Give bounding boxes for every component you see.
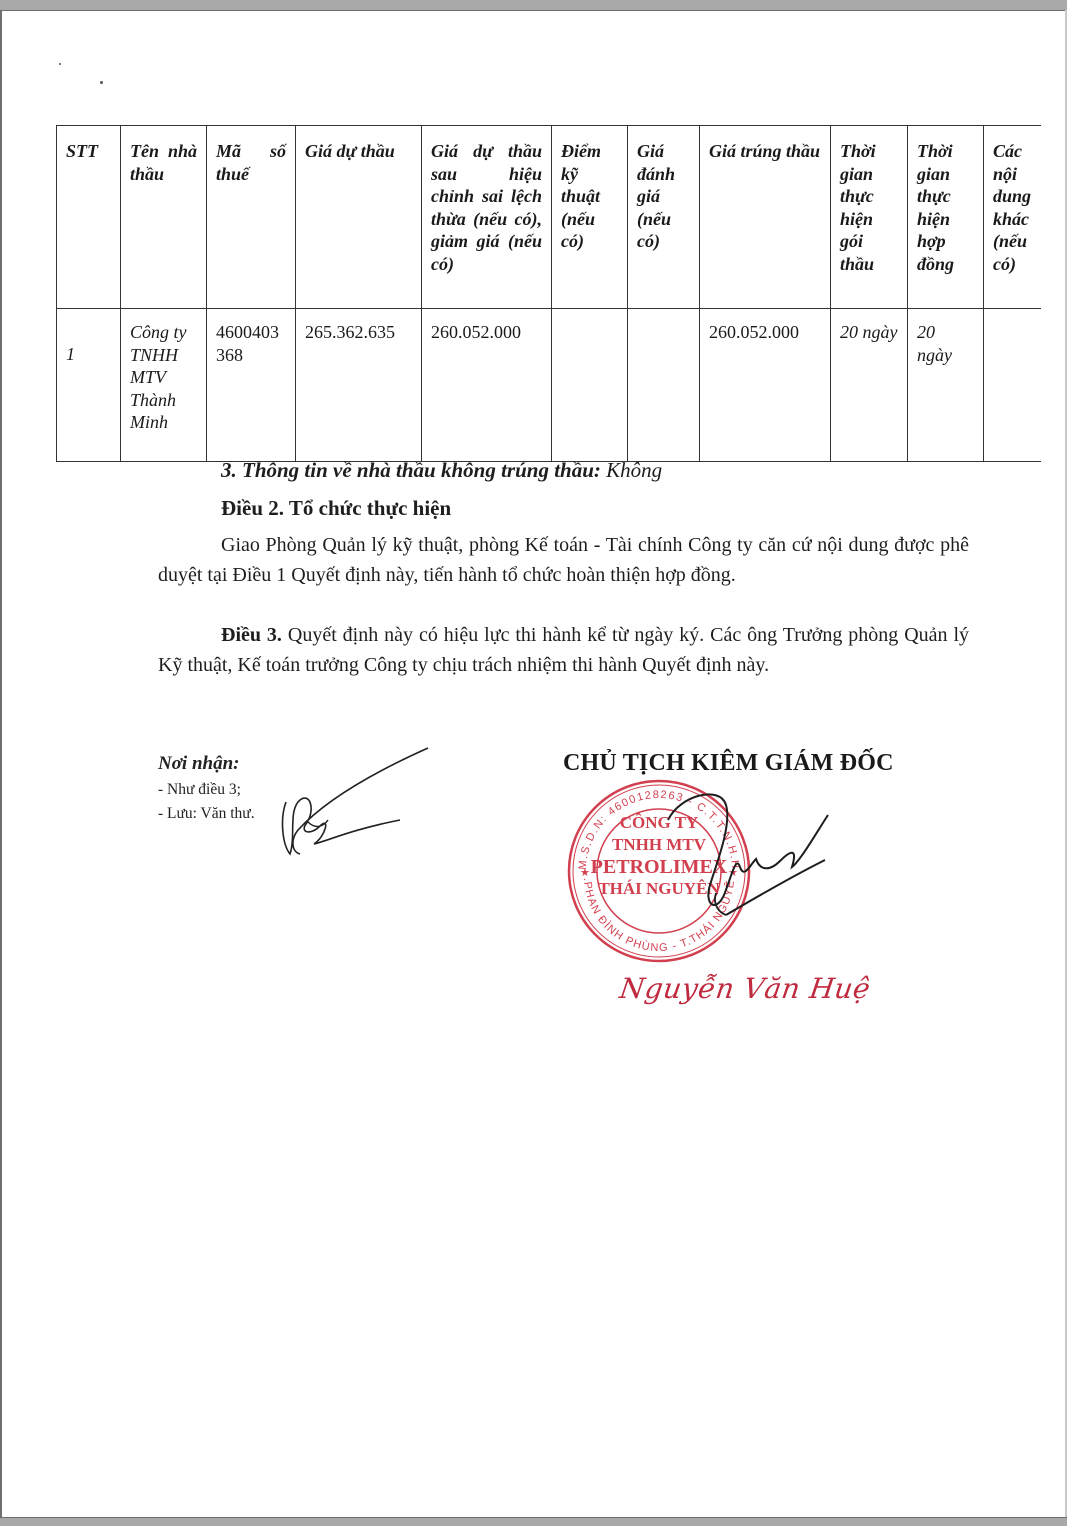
seal-line: TNHH MTV [564, 834, 754, 856]
section3-label: 3. Thông tin về nhà thầu không trúng thầ… [221, 458, 601, 482]
cell-adjusted-price: 260.052.000 [422, 309, 552, 462]
cell-stt: 1 [57, 309, 121, 462]
signer-name: Nguyễn Văn Huệ [618, 972, 873, 1005]
header-tax-code: Mã số thuế [207, 126, 296, 309]
header-winning-price: Giá trúng thầu [700, 126, 831, 309]
recipients-title: Nơi nhận: [158, 752, 255, 776]
cell-contractor: Công ty TNHH MTV Thành Minh [121, 309, 207, 462]
page-frame-bottom [0, 1517, 1067, 1526]
header-technical-score: Điểm kỹ thuật (nếu có) [552, 126, 628, 309]
header-stt: STT [57, 126, 121, 309]
cell-technical-score [552, 309, 628, 462]
cell-evaluated-price [628, 309, 700, 462]
page-frame-left [0, 10, 2, 1518]
header-other: Các nội dung khác (nếu có) [984, 126, 1041, 309]
cell-other [984, 309, 1041, 462]
cell-bid-price: 265.362.635 [296, 309, 422, 462]
recipient-item: - Lưu: Văn thư. [158, 802, 255, 826]
seal-line: CÔNG TY [564, 812, 754, 834]
cell-contract-duration: 20 ngày [908, 309, 984, 462]
article3-paragraph: Điều 3. Quyết định này có hiệu lực thi h… [158, 621, 969, 680]
cell-tax-code: 4600403368 [207, 309, 296, 462]
initials-signature-icon [270, 740, 440, 870]
recipients-block: Nơi nhận: - Như điều 3; - Lưu: Văn thư. [158, 752, 255, 826]
header-evaluated-price: Giá đánh giá (nếu có) [628, 126, 700, 309]
scan-speck [100, 81, 103, 84]
recipient-item: - Như điều 3; [158, 778, 255, 802]
seal-line: PETROLIMEX [564, 856, 754, 878]
article3-label: Điều 3. [221, 624, 282, 646]
article2-body: Giao Phòng Quản lý kỹ thuật, phòng Kế to… [158, 531, 969, 590]
header-contract-duration: Thời gian thực hiện hợp đồng [908, 126, 984, 309]
table-row: 1 Công ty TNHH MTV Thành Minh 4600403368… [57, 309, 1041, 462]
section3-value: Không [606, 458, 662, 482]
section3-line: 3. Thông tin về nhà thầu không trúng thầ… [221, 456, 662, 486]
scan-speck [59, 63, 61, 65]
cell-package-duration: 20 ngày [831, 309, 908, 462]
header-adjusted-price: Giá dự thầu sau hiệu chỉnh sai lệch thừa… [422, 126, 552, 309]
signer-title: CHỦ TỊCH KIÊM GIÁM ĐỐC [563, 750, 894, 777]
page-frame-top [0, 0, 1067, 11]
seal-line: THÁI NGUYÊN [564, 878, 754, 900]
header-contractor: Tên nhà thầu [121, 126, 207, 309]
header-bid-price: Giá dự thầu [296, 126, 422, 309]
article2-heading: Điều 2. Tổ chức thực hiện [221, 494, 451, 524]
winning-bid-table: STT Tên nhà thầu Mã số thuế Giá dự thầu … [56, 125, 1041, 462]
seal-text: CÔNG TY TNHH MTV PETROLIMEX THÁI NGUYÊN [564, 808, 754, 900]
cell-winning-price: 260.052.000 [700, 309, 831, 462]
table-header-row: STT Tên nhà thầu Mã số thuế Giá dự thầu … [57, 126, 1041, 309]
header-package-duration: Thời gian thực hiện gói thầu [831, 126, 908, 309]
